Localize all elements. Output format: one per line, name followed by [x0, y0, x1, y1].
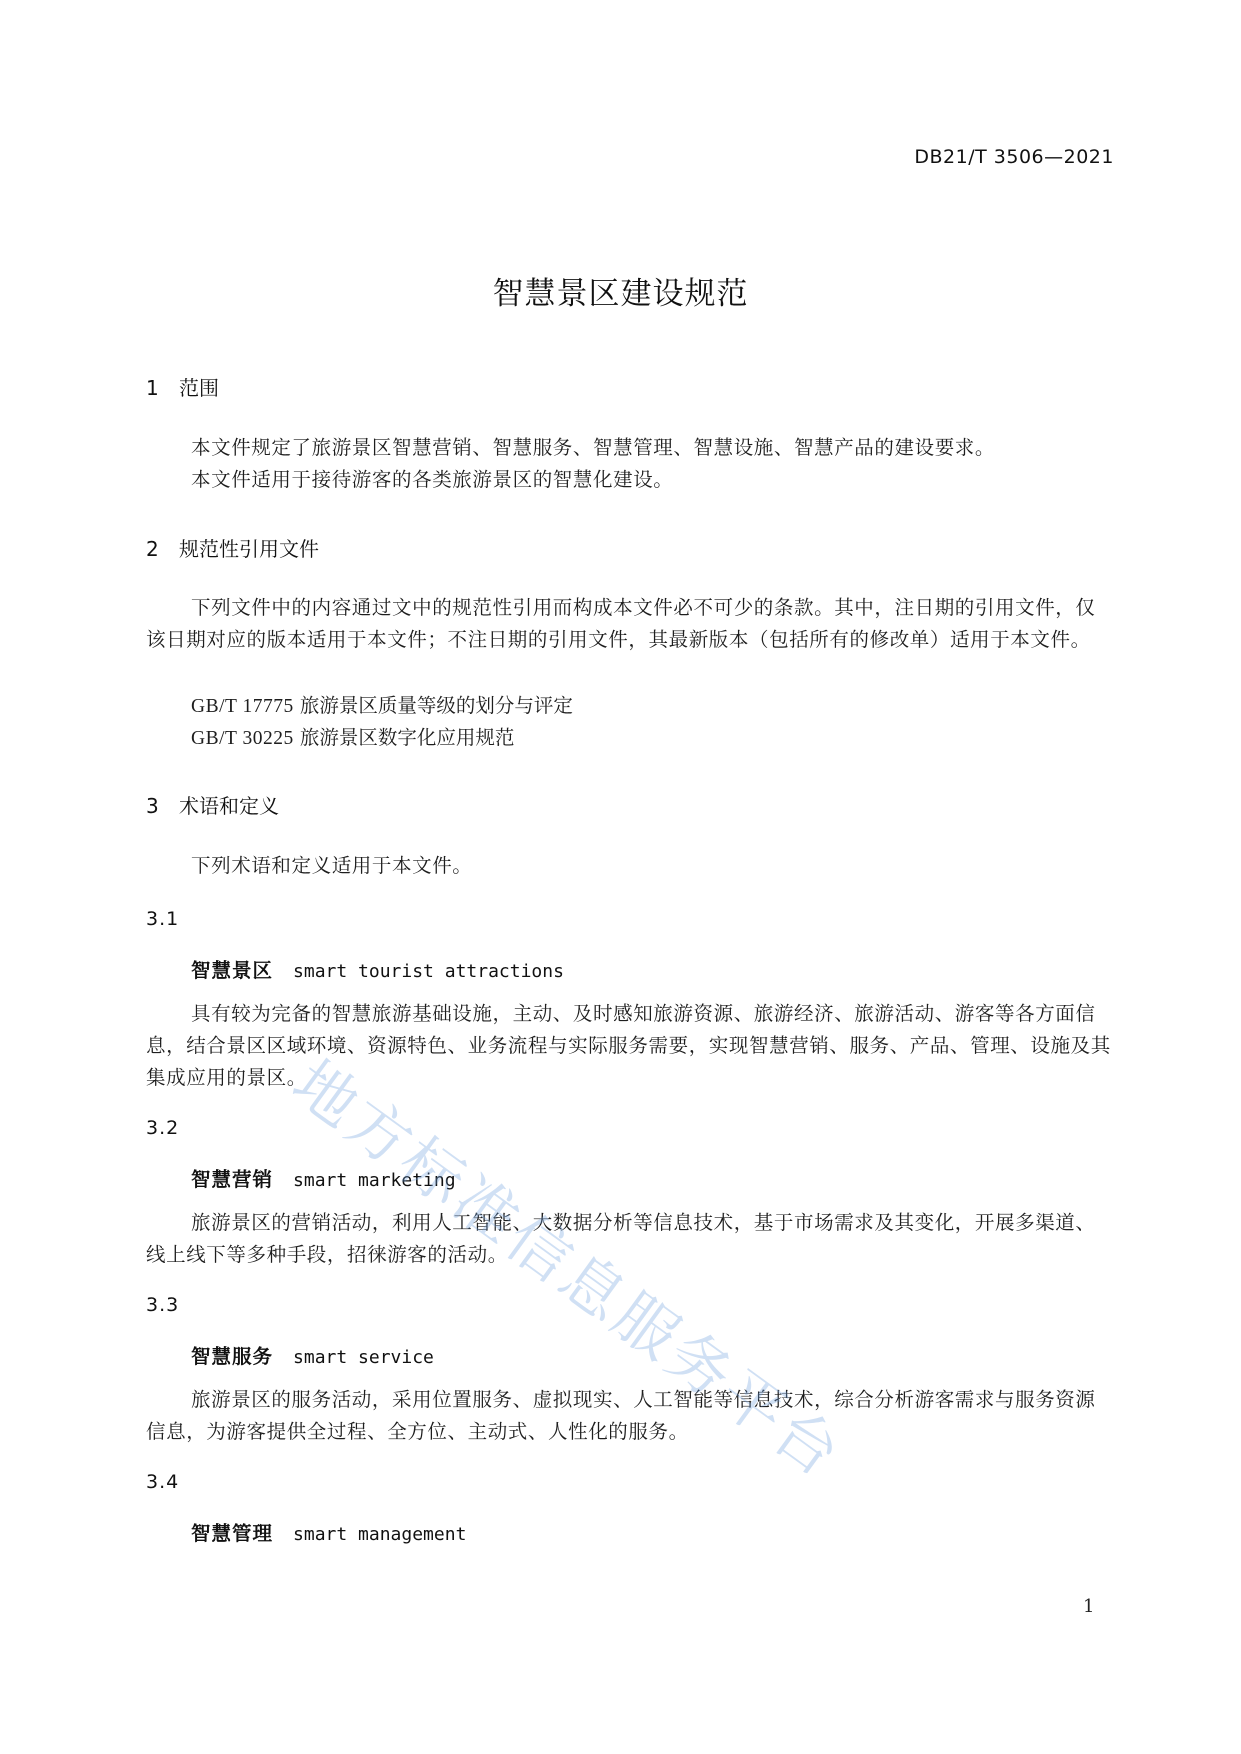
- paragraph: 本文件规定了旅游景区智慧营销、智慧服务、智慧管理、智慧设施、智慧产品的建设要求。: [191, 432, 1159, 464]
- normative-reference: GB/T 17775 旅游景区质量等级的划分与评定: [191, 690, 573, 718]
- section-heading-1: 1范围: [146, 372, 219, 401]
- term-entry: 智慧服务smart service: [191, 1341, 434, 1369]
- clause-number: 3.3: [146, 1294, 179, 1316]
- section-heading-2: 2规范性引用文件: [146, 533, 319, 562]
- term-en: smart management: [293, 1524, 466, 1545]
- term-en: smart marketing: [293, 1170, 456, 1191]
- term-definition: 旅游景区的营销活动，利用人工智能、大数据分析等信息技术，基于市场需求及其变化，开…: [146, 1207, 1114, 1271]
- reference-code: GB/T 30225: [191, 728, 294, 749]
- term-entry: 智慧营销smart marketing: [191, 1164, 456, 1192]
- reference-title: 旅游景区质量等级的划分与评定: [300, 694, 573, 717]
- term-definition: 具有较为完备的智慧旅游基础设施，主动、及时感知旅游资源、旅游经济、旅游活动、游客…: [146, 998, 1114, 1094]
- section-title: 术语和定义: [179, 794, 279, 818]
- section-number: 2: [146, 537, 179, 561]
- section-number: 1: [146, 376, 179, 400]
- section-title: 规范性引用文件: [179, 537, 319, 561]
- term-definition: 旅游景区的服务活动，采用位置服务、虚拟现实、人工智能等信息技术，综合分析游客需求…: [146, 1384, 1114, 1448]
- clause-number: 3.2: [146, 1117, 179, 1139]
- standard-code: DB21/T 3506—2021: [914, 146, 1114, 168]
- paragraph: 下列文件中的内容通过文中的规范性引用而构成本文件必不可少的条款。其中，注日期的引…: [146, 592, 1114, 656]
- clause-number: 3.1: [146, 908, 179, 930]
- section-number: 3: [146, 794, 179, 818]
- term-zh: 智慧管理: [191, 1522, 273, 1545]
- term-en: smart tourist attractions: [293, 961, 564, 982]
- term-en: smart service: [293, 1347, 434, 1368]
- term-zh: 智慧景区: [191, 959, 273, 982]
- clause-number: 3.4: [146, 1471, 179, 1493]
- page-number: 1: [1083, 1596, 1094, 1617]
- section-title: 范围: [179, 376, 219, 400]
- term-entry: 智慧管理smart management: [191, 1518, 466, 1546]
- section-heading-3: 3术语和定义: [146, 790, 279, 819]
- paragraph: 本文件适用于接待游客的各类旅游景区的智慧化建设。: [191, 464, 1159, 496]
- term-zh: 智慧营销: [191, 1168, 273, 1191]
- term-zh: 智慧服务: [191, 1345, 273, 1368]
- term-entry: 智慧景区smart tourist attractions: [191, 955, 564, 983]
- reference-code: GB/T 17775: [191, 696, 294, 717]
- reference-title: 旅游景区数字化应用规范: [300, 726, 515, 749]
- paragraph: 下列术语和定义适用于本文件。: [191, 850, 1159, 882]
- document-title: 智慧景区建设规范: [0, 268, 1241, 313]
- normative-reference: GB/T 30225 旅游景区数字化应用规范: [191, 722, 514, 750]
- document-page: DB21/T 3506—2021 智慧景区建设规范 1范围 本文件规定了旅游景区…: [0, 0, 1241, 1754]
